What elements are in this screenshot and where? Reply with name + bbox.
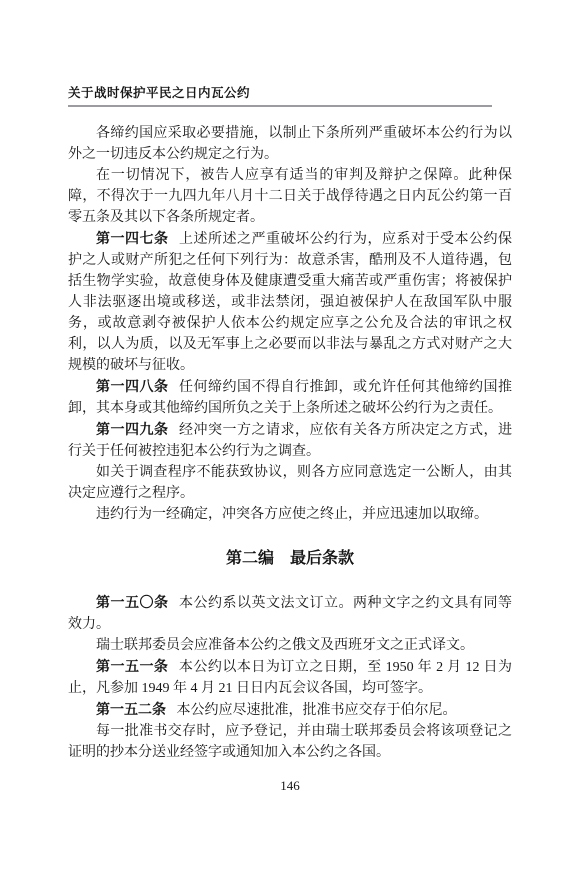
paragraph-article-152: 第一五二条本公约应尽速批准，批准书应交存于伯尔尼。 (68, 699, 512, 721)
body-part-1: 各缔约国应采取必要措施，以制止下条所列严重破坏本公约行为以外之一切违反本公约规定… (68, 123, 512, 525)
paragraph-article-148: 第一四八条任何缔约国不得自行推卸，或允许任何其他缔约国推卸，其本身或其他缔约国所… (68, 376, 512, 419)
article-number: 第一五二条 (96, 701, 166, 717)
paragraph-article-150: 第一五〇条本公约系以英文法文订立。两种文字之约文具有同等效力。 (68, 592, 512, 635)
paragraph: 如关于调查程序不能获致协议，则各方应同意选定一公断人，由其决定应遵行之程序。 (68, 462, 512, 504)
article-number: 第一四九条 (96, 421, 169, 437)
paragraph-article-151: 第一五一条本公约以本日为订立之日期，至 1950 年 2 月 12 日为止，凡参… (68, 656, 512, 699)
running-head-title: 关于战时保护平民之日内瓦公约 (68, 86, 512, 100)
article-number: 第一五一条 (96, 658, 168, 674)
article-number: 第一四七条 (96, 230, 169, 246)
paragraph-text: 本公约应尽速批准，批准书应交存于伯尔尼。 (177, 703, 457, 718)
paragraph-text: 瑞士联邦委员会应准备本公约之俄文及西班牙文之正式译文。 (96, 638, 474, 653)
paragraph-article-147: 第一四七条上述所述之严重破坏公约行为，应系对于受本公约保护之人或财产所犯之任何下… (68, 228, 512, 376)
paragraph-article-149: 第一四九条经冲突一方之请求，应依有关各方所决定之方式，进行关于任何被控违犯本公约… (68, 419, 512, 462)
paragraph: 每一批准书交存时，应予登记，并由瑞士联邦委员会将该项登记之证明的抄本分送业经签字… (68, 721, 512, 763)
paragraph: 各缔约国应采取必要措施，以制止下条所列严重破坏本公约行为以外之一切违反本公约规定… (68, 123, 512, 165)
paragraph: 违约行为一经确定，冲突各方应使之终止，并应迅速加以取缔。 (68, 504, 512, 525)
paragraph-text: 每一批准书交存时，应予登记，并由瑞士联邦委员会将该项登记之证明的抄本分送业经签字… (68, 724, 512, 760)
article-number: 第一四八条 (96, 378, 169, 394)
section-heading: 第二编 最后条款 (68, 547, 512, 571)
paragraph: 在一切情况下，被告人应享有适当的审判及辩护之保障。此种保障，不得次于一九四九年八… (68, 165, 512, 228)
body-part-2: 第一五〇条本公约系以英文法文订立。两种文字之约文具有同等效力。 瑞士联邦委员会应… (68, 592, 512, 763)
paragraph-text: 如关于调查程序不能获致协议，则各方应同意选定一公断人，由其决定应遵行之程序。 (68, 465, 512, 501)
paragraph: 瑞士联邦委员会应准备本公约之俄文及西班牙文之正式译文。 (68, 635, 512, 656)
header-divider (68, 105, 492, 107)
article-number: 第一五〇条 (96, 594, 169, 610)
paragraph-text: 违约行为一经确定，冲突各方应使之终止，并应迅速加以取缔。 (96, 507, 488, 522)
paragraph-text: 上述所述之严重破坏公约行为，应系对于受本公约保护之人或财产所犯之任何下列行为：故… (68, 232, 512, 373)
paragraph-text: 各缔约国应采取必要措施，以制止下条所列严重破坏本公约行为以外之一切违反本公约规定… (68, 126, 512, 162)
document-page: 关于战时保护平民之日内瓦公约 各缔约国应采取必要措施，以制止下条所列严重破坏本公… (0, 0, 586, 869)
page-number: 146 (68, 775, 512, 796)
paragraph-text: 在一切情况下，被告人应享有适当的审判及辩护之保障。此种保障，不得次于一九四九年八… (68, 168, 512, 225)
page-content: 关于战时保护平民之日内瓦公约 各缔约国应采取必要措施，以制止下条所列严重破坏本公… (68, 86, 512, 763)
